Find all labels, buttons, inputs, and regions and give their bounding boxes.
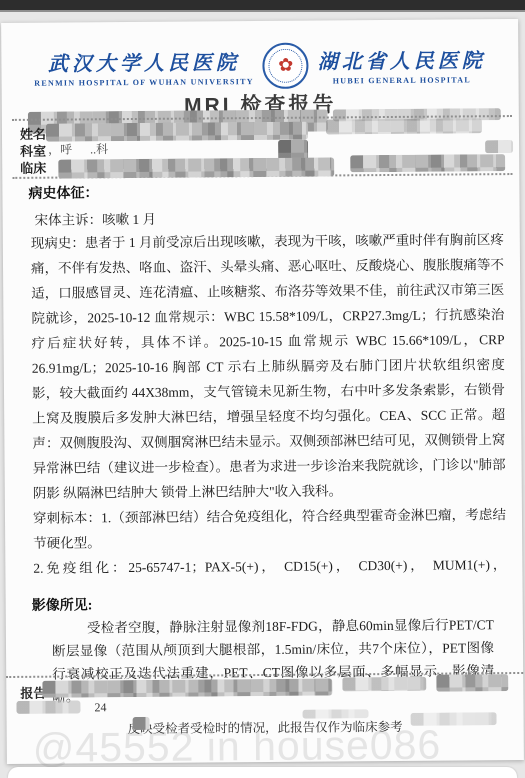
redaction-block bbox=[46, 122, 308, 142]
patient-dept-partial-text: ，呼 ..科 bbox=[48, 140, 108, 157]
immunohistochemistry-paragraph: 2.免疫组化：25-65747-1；PAX-5(+)， CD15(+)， CD3… bbox=[33, 552, 506, 585]
hospital-name-cn: 武汉大学人民医院 bbox=[34, 46, 254, 77]
hospital-seal-icon: ✿ bbox=[263, 43, 309, 89]
window-top-bar bbox=[0, 0, 525, 10]
hospital-alt-name-cn: 湖北省人民医院 bbox=[318, 44, 486, 74]
present-illness-paragraph: 现病史：患者于 1 月前受凉后出现咳嗽，表现为干咳，咳嗽严重时伴有胸前区疼痛，不… bbox=[31, 227, 506, 506]
hospital-alt-name-en: HUBEI GENERAL HOSPITAL bbox=[318, 75, 486, 85]
hospital-name-en: RENMIN HOSPITAL OF WUHAN UNIVERSITY bbox=[34, 77, 254, 88]
redaction-block bbox=[342, 677, 426, 692]
top-bar-divider bbox=[0, 10, 525, 12]
patient-clinical-label: 临床 bbox=[20, 158, 46, 177]
hospital-left-block: 武汉大学人民医院 RENMIN HOSPITAL OF WUHAN UNIVER… bbox=[34, 46, 254, 88]
redaction-block bbox=[436, 674, 508, 692]
bottom-sheet-edge bbox=[8, 767, 517, 778]
redaction-block bbox=[16, 700, 80, 714]
chief-complaint: 宋体主诉：咳嗽 1 月 bbox=[35, 208, 157, 229]
redaction-block bbox=[58, 157, 334, 178]
watermark-text: @45552 in house086 bbox=[33, 721, 511, 772]
hospital-header: 武汉大学人民医院 RENMIN HOSPITAL OF WUHAN UNIVER… bbox=[1, 41, 518, 91]
report-partial-number: 24 bbox=[94, 700, 106, 715]
flower-emblem-icon: ✿ bbox=[278, 57, 293, 75]
redaction-block bbox=[485, 140, 513, 153]
history-section-heading: 病史体征： bbox=[28, 182, 98, 203]
redaction-block bbox=[326, 118, 482, 134]
redaction-block bbox=[303, 709, 369, 719]
report-page: 武汉大学人民医院 RENMIN HOSPITAL OF WUHAN UNIVER… bbox=[1, 19, 524, 764]
biopsy-paragraph: 穿刺标本：1.（颈部淋巴结）结合免疫组化，符合经典型霍奇金淋巴瘤，考虑结节硬化型… bbox=[33, 502, 506, 556]
redaction-block bbox=[42, 678, 332, 697]
hospital-right-block: 湖北省人民医院 HUBEI GENERAL HOSPITAL bbox=[318, 44, 486, 85]
hospital-seal-ring: ✿ bbox=[269, 49, 303, 83]
redaction-block bbox=[350, 154, 505, 172]
findings-section-heading: 影像所见: bbox=[32, 594, 93, 614]
history-body: 现病史：患者于 1 月前受凉后出现咳嗽，表现为干咳，咳嗽严重时伴有胸前区疼痛，不… bbox=[31, 227, 507, 585]
